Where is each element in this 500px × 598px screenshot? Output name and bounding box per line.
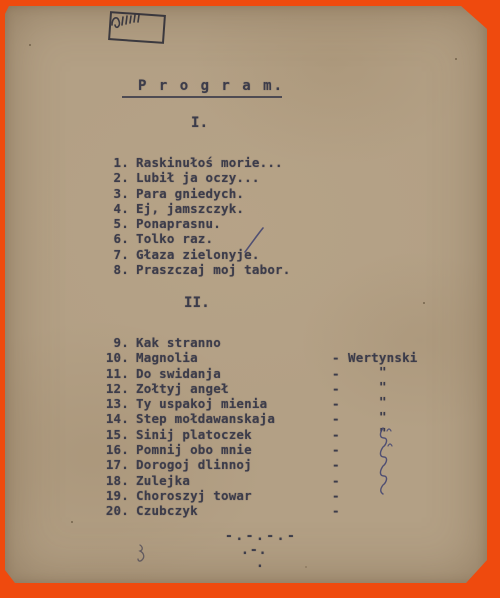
title-underline	[122, 96, 282, 98]
item-dash: -	[332, 488, 340, 503]
paper-speck	[305, 566, 307, 568]
program-item-row: 18. Zulejka -	[5, 473, 487, 488]
item-number: 10.	[63, 350, 129, 365]
item-number: 4.	[63, 201, 129, 216]
footer-divider-line-1: -.-.-.-	[225, 529, 297, 544]
item-title: Ponaprasnu.	[136, 216, 221, 231]
program-item-row: 11. Do swidanja - "	[5, 366, 487, 381]
item-number: 6.	[63, 231, 129, 246]
item-title: Czubczyk	[136, 503, 198, 518]
item-ditto-mark: "	[379, 425, 387, 440]
item-number: 15.	[63, 427, 129, 442]
program-item-row: 2. Lubił ja oczy...	[5, 170, 487, 185]
footer-divider-line-3: .	[256, 556, 264, 571]
program-item-row: 13. Ty uspakoj mienia - "	[5, 396, 487, 411]
item-number: 3.	[63, 186, 129, 201]
item-dash: -	[332, 442, 340, 457]
program-list-1: 1. Raskinułoś morie... 2. Lubił ja oczy.…	[5, 155, 487, 277]
item-dash: -	[332, 457, 340, 472]
item-number: 7.	[63, 247, 129, 262]
program-item-row: 4. Ej, jamszczyk.	[5, 201, 487, 216]
item-title: Choroszyj towar	[136, 488, 252, 503]
item-title: Ej, jamszczyk.	[136, 201, 244, 216]
program-item-row: 5. Ponaprasnu.	[5, 216, 487, 231]
program-item-row: 10. Magnolia - Wertynski	[5, 350, 487, 365]
document-paper: P r o g r a m. I. 1. Raskinułoś morie...…	[5, 6, 487, 583]
item-number: 18.	[63, 473, 129, 488]
item-ditto-mark: "	[379, 409, 387, 424]
page-title: P r o g r a m.	[138, 78, 284, 94]
item-title: Dorogoj dlinnoj	[136, 457, 252, 472]
program-item-row: 6. Tolko raz.	[5, 231, 487, 246]
item-title: Do swidanja	[136, 366, 221, 381]
program-item-row: 19. Choroszyj towar -	[5, 488, 487, 503]
item-number: 8.	[63, 262, 129, 277]
item-dash: -	[332, 396, 340, 411]
item-number: 2.	[63, 170, 129, 185]
paper-speck	[423, 302, 425, 304]
item-title: Kak stranno	[136, 335, 221, 350]
program-list-2: 9. Kak stranno 10. Magnolia - Wertynski …	[5, 335, 487, 519]
item-number: 17.	[63, 457, 129, 472]
section-1-heading: I.	[191, 115, 208, 131]
item-dash: -	[332, 427, 340, 442]
item-dash: -	[332, 473, 340, 488]
item-title: Zołtyj angeł	[136, 381, 229, 396]
item-title: Lubił ja oczy...	[136, 170, 260, 185]
paper-speck	[455, 58, 457, 60]
item-dash: -	[332, 503, 340, 518]
program-item-row: 16. Pomnij obo mnie -	[5, 442, 487, 457]
item-title: Pomnij obo mnie	[136, 442, 252, 457]
item-ditto-mark: "	[379, 364, 387, 379]
item-dash: -	[332, 411, 340, 426]
item-title: Ty uspakoj mienia	[136, 396, 267, 411]
program-item-row: 15. Sinij platoczek - "	[5, 427, 487, 442]
item-number: 5.	[63, 216, 129, 231]
item-number: 1.	[63, 155, 129, 170]
item-title: Step mołdawanskaja	[136, 411, 275, 426]
item-ditto-mark: "	[379, 379, 387, 394]
item-number: 20.	[63, 503, 129, 518]
item-ditto-mark: "	[379, 394, 387, 409]
paper-speck	[71, 521, 73, 523]
program-item-row: 3. Para gniedych.	[5, 186, 487, 201]
item-number: 19.	[63, 488, 129, 503]
program-item-row: 8. Praszczaj moj tabor.	[5, 262, 487, 277]
program-item-row: 9. Kak stranno	[5, 335, 487, 350]
program-item-row: 7. Głaza zielonyje.	[5, 247, 487, 262]
item-number: 14.	[63, 411, 129, 426]
paper-speck	[29, 44, 31, 46]
stamp-box	[108, 11, 166, 44]
item-number: 13.	[63, 396, 129, 411]
item-title: Zulejka	[136, 473, 190, 488]
item-title: Tolko raz.	[136, 231, 213, 246]
item-dash: -	[332, 381, 340, 396]
item-title: Głaza zielonyje.	[136, 247, 260, 262]
program-item-row: 20. Czubczyk -	[5, 503, 487, 518]
item-title: Raskinułoś morie...	[136, 155, 283, 170]
item-number: 12.	[63, 381, 129, 396]
item-title: Praszczaj moj tabor.	[136, 262, 291, 277]
program-item-row: 14. Step mołdawanskaja - "	[5, 411, 487, 426]
item-title: Para gniedych.	[136, 186, 244, 201]
item-number: 9.	[63, 335, 129, 350]
item-dash: -	[332, 350, 340, 365]
item-dash: -	[332, 366, 340, 381]
item-number: 11.	[63, 366, 129, 381]
item-title: Magnolia	[136, 350, 198, 365]
program-item-row: 17. Dorogoj dlinnoj -	[5, 457, 487, 472]
item-title: Sinij platoczek	[136, 427, 252, 442]
program-item-row: 1. Raskinułoś morie...	[5, 155, 487, 170]
program-item-row: 12. Zołtyj angeł - "	[5, 381, 487, 396]
section-2-heading: II.	[184, 295, 210, 311]
item-number: 16.	[63, 442, 129, 457]
